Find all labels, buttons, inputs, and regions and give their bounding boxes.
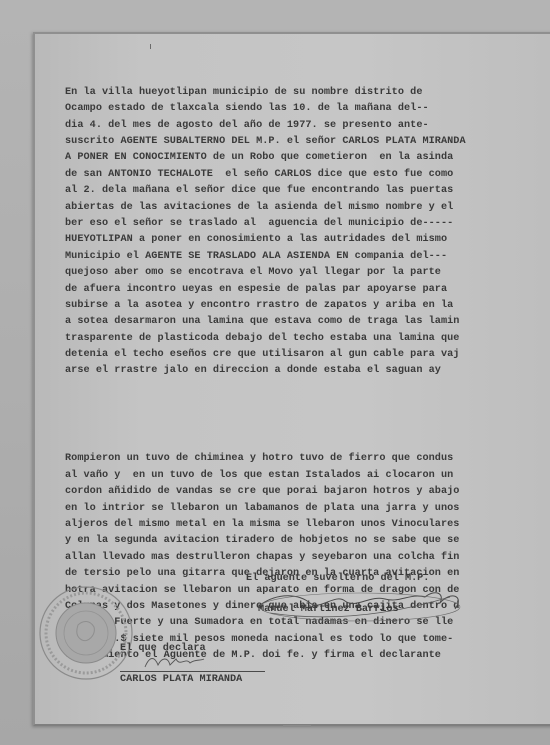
text-line: al vaño y en un tuvo de los que estan Is… xyxy=(65,468,550,484)
text-line: trasparente de plasticoda debajo del tec… xyxy=(65,331,550,347)
text-line: En la villa hueyotlipan municipio de su … xyxy=(65,85,550,101)
text-line: A PONER EN CONOCIMIENTO de un Robo que c… xyxy=(65,150,550,166)
official-seal-stamp xyxy=(38,585,134,681)
pencil-mark xyxy=(150,44,151,49)
agent-signature-scribble xyxy=(250,583,465,623)
text-line: abiertas de las avitaciones de la asiend… xyxy=(65,200,550,216)
text-line: dia 4. del mes de agosto del año de 1977… xyxy=(65,118,550,134)
text-line: suscrito AGENTE SUBALTERNO DEL M.P. el s… xyxy=(65,134,550,150)
signature-line xyxy=(120,671,265,672)
text-line: a sotea desarmaron una lamina que estava… xyxy=(65,314,550,330)
text-line: y en la segunda avitacion tiradero de ho… xyxy=(65,533,550,549)
declarant-signature-scribble xyxy=(140,653,210,671)
paragraph-1: En la villa hueyotlipan municipio de su … xyxy=(65,85,550,380)
text-line: de san ANTONIO TECHALOTE el seño CARLOS … xyxy=(65,167,550,183)
text-line: allan llevado mas destrulleron chapas y … xyxy=(65,550,550,566)
text-line: Rompieron un tuvo de chiminea y hotro tu… xyxy=(65,451,550,467)
text-line: Ocampo estado de tlaxcala siendo las 10.… xyxy=(65,101,550,117)
text-line: al 2. dela mañana el señor dice que fue … xyxy=(65,183,550,199)
text-line: cordon añidido de vandas se cre que pora… xyxy=(65,484,550,500)
text-line: HUEYOTLIPAN a poner en conosimiento a la… xyxy=(65,232,550,248)
text-line: en lo intrior se llebaron un labamanos d… xyxy=(65,501,550,517)
text-line: arse el rrastre jalo en direccion a dond… xyxy=(65,363,550,379)
edge-mark xyxy=(283,725,311,727)
text-line: Municipio el AGENTE SE TRASLADO ALA ASIE… xyxy=(65,249,550,265)
paragraph-2: Rompieron un tuvo de chiminea y hotro tu… xyxy=(65,451,550,664)
text-line: aljeros del mismo metal en la misma se l… xyxy=(65,517,550,533)
text-line: de afuera incontro ueyas en espesie de p… xyxy=(65,282,550,298)
text-line: subirse a la asotea y encontro rrastro d… xyxy=(65,298,550,314)
text-line: detenia el techo eseños cre que utilisar… xyxy=(65,347,550,363)
declarant-name: CARLOS PLATA MIRANDA xyxy=(120,674,242,685)
text-line: quejoso aber omo se encotrava el Movo ya… xyxy=(65,265,550,281)
agent-name: Manuel Martinez Barrios xyxy=(258,604,399,615)
text-line: ber eso el señor se traslado al aguencia… xyxy=(65,216,550,232)
